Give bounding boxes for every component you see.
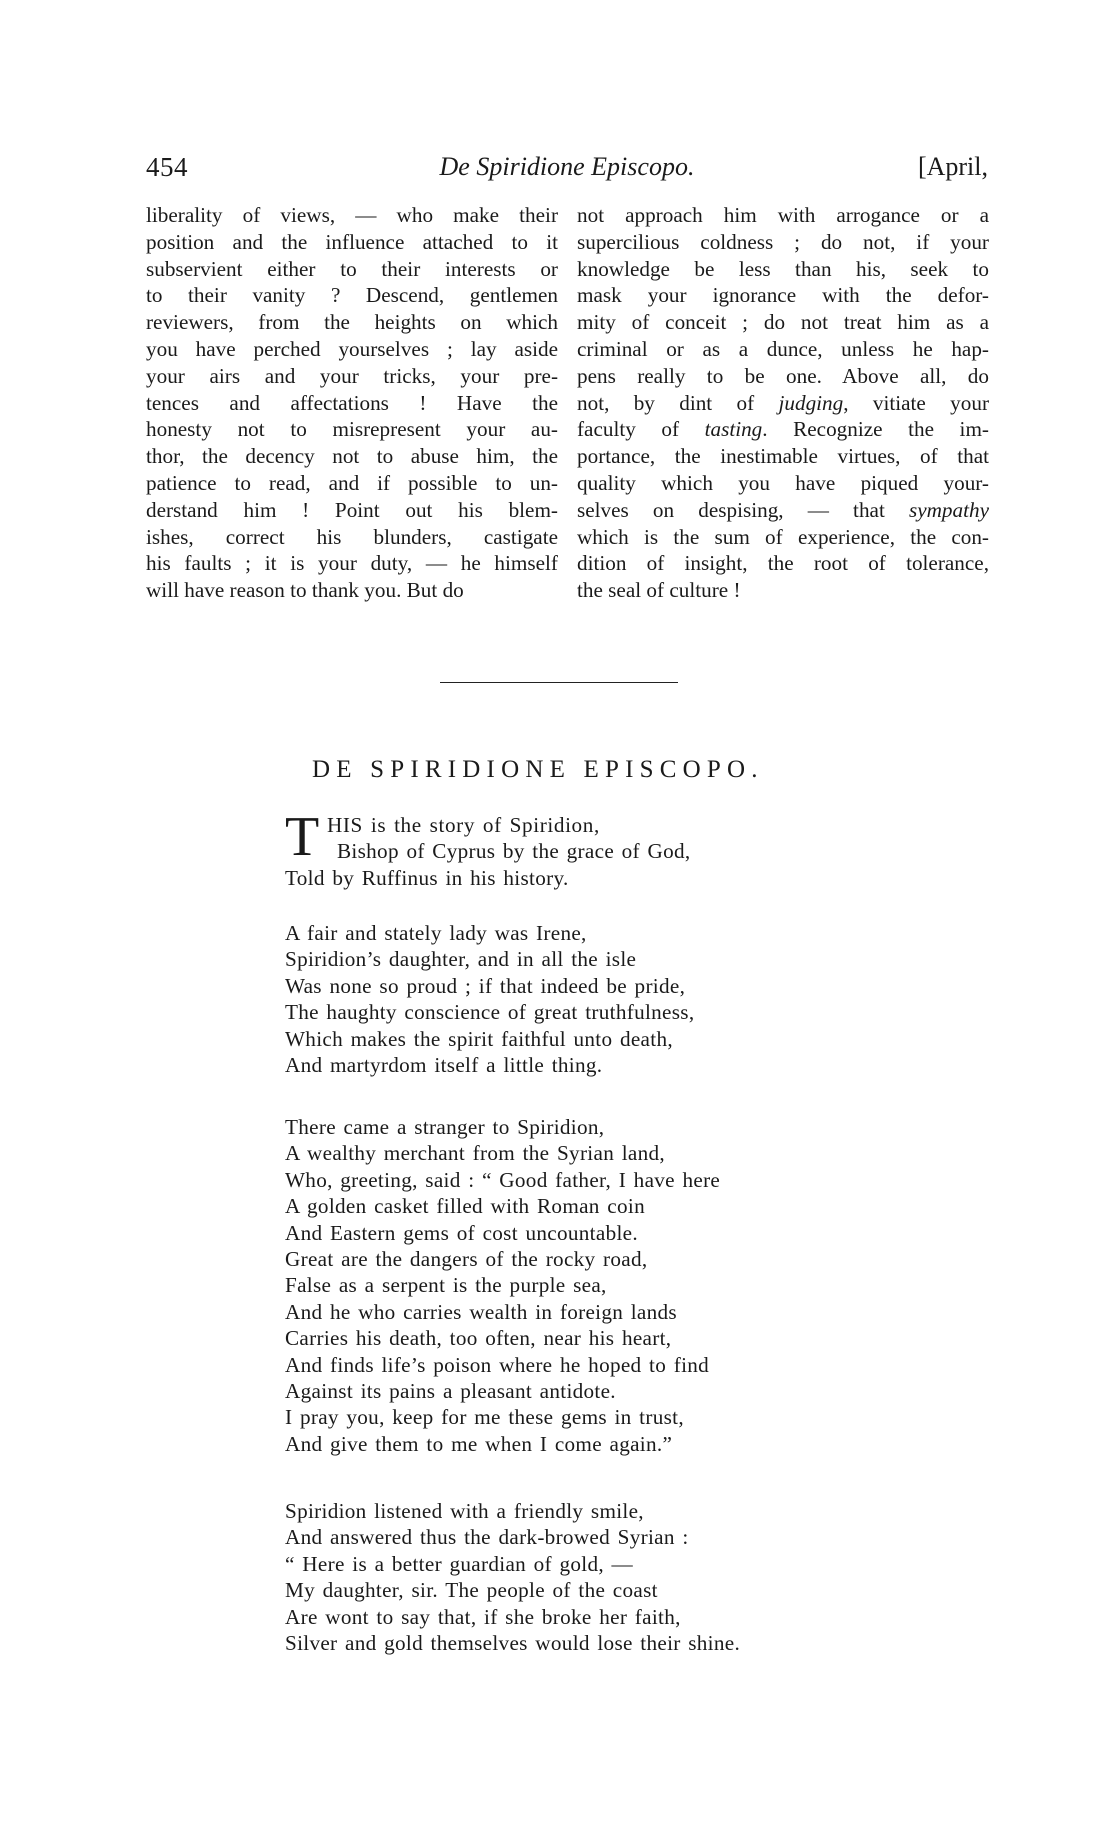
italic-word: sympathy bbox=[909, 498, 989, 522]
prose-line: will have reason to thank you. But do bbox=[146, 577, 558, 604]
prose-right-column: not approach him with arrogance or asupe… bbox=[577, 202, 989, 604]
running-head: 454 De Spiridione Episcopo. [April, bbox=[146, 152, 988, 186]
prose-line: selves on despising, — that sympathy bbox=[577, 497, 989, 524]
poem-line: And give them to me when I come again.” bbox=[285, 1431, 720, 1457]
poem-stanza: A fair and stately lady was Irene,Spirid… bbox=[285, 920, 694, 1078]
italic-word: tasting bbox=[705, 417, 763, 441]
prose-line: his faults ; it is your duty, — he himse… bbox=[146, 550, 558, 577]
poem-line: Was none so proud ; if that indeed be pr… bbox=[285, 973, 694, 999]
poem-stanza: There came a stranger to Spiridion,A wea… bbox=[285, 1114, 720, 1457]
prose-line: supercilious coldness ; do not, if your bbox=[577, 229, 989, 256]
poem-stanza: THIS is the story of Spiridion,Bishop of… bbox=[285, 812, 690, 891]
poem-line: Spiridion listened with a friendly smile… bbox=[285, 1498, 740, 1524]
prose-line: thor, the decency not to abuse him, the bbox=[146, 443, 558, 470]
running-title: De Spiridione Episcopo. bbox=[146, 152, 988, 182]
prose-line: the seal of culture ! bbox=[577, 577, 989, 604]
drop-cap: T bbox=[285, 814, 319, 860]
prose-line: not, by dint of judging, vitiate your bbox=[577, 390, 989, 417]
prose-line: reviewers, from the heights on which bbox=[146, 309, 558, 336]
section-divider bbox=[440, 682, 678, 683]
prose-line: position and the influence attached to i… bbox=[146, 229, 558, 256]
poem-line: And answered thus the dark-browed Syrian… bbox=[285, 1524, 740, 1550]
prose-line: liberality of views, — who make their bbox=[146, 202, 558, 229]
poem-line: And he who carries wealth in foreign lan… bbox=[285, 1299, 720, 1325]
poem-line: My daughter, sir. The people of the coas… bbox=[285, 1577, 740, 1603]
running-month: [April, bbox=[918, 152, 988, 182]
poem-line: I pray you, keep for me these gems in tr… bbox=[285, 1404, 720, 1430]
prose-line: knowledge be less than his, seek to bbox=[577, 256, 989, 283]
prose-line: pens really to be one. Above all, do bbox=[577, 363, 989, 390]
prose-line: ishes, correct his blunders, castigate bbox=[146, 524, 558, 551]
prose-line: quality which you have piqued your- bbox=[577, 470, 989, 497]
poem-stanza: Spiridion listened with a friendly smile… bbox=[285, 1498, 740, 1656]
book-page: 454 De Spiridione Episcopo. [April, libe… bbox=[0, 0, 1120, 1837]
prose-line: dition of insight, the root of tolerance… bbox=[577, 550, 989, 577]
prose-line: to their vanity ? Descend, gentlemen bbox=[146, 282, 558, 309]
prose-line: criminal or as a dunce, unless he hap- bbox=[577, 336, 989, 363]
prose-left-column: liberality of views, — who make theirpos… bbox=[146, 202, 558, 604]
prose-line: not approach him with arrogance or a bbox=[577, 202, 989, 229]
poem-line: A fair and stately lady was Irene, bbox=[285, 920, 694, 946]
prose-line: you have perched yourselves ; lay aside bbox=[146, 336, 558, 363]
poem-line: There came a stranger to Spiridion, bbox=[285, 1114, 720, 1140]
prose-line: subservient either to their interests or bbox=[146, 256, 558, 283]
poem-line: Told by Ruffinus in his history. bbox=[285, 865, 690, 891]
prose-line: derstand him ! Point out his blem- bbox=[146, 497, 558, 524]
poem-line: And Eastern gems of cost uncountable. bbox=[285, 1220, 720, 1246]
poem-line: A wealthy merchant from the Syrian land, bbox=[285, 1140, 720, 1166]
poem-line: Are wont to say that, if she broke her f… bbox=[285, 1604, 740, 1630]
poem-line: And martyrdom itself a little thing. bbox=[285, 1052, 694, 1078]
poem-line: A golden casket filled with Roman coin bbox=[285, 1193, 720, 1219]
prose-line: portance, the inestimable virtues, of th… bbox=[577, 443, 989, 470]
prose-line: mask your ignorance with the defor- bbox=[577, 282, 989, 309]
poem-line: Spiridion’s daughter, and in all the isl… bbox=[285, 946, 694, 972]
poem-line: Which makes the spirit faithful unto dea… bbox=[285, 1026, 694, 1052]
poem-line: Against its pains a pleasant antidote. bbox=[285, 1378, 720, 1404]
prose-line: which is the sum of experience, the con- bbox=[577, 524, 989, 551]
poem-line: And finds life’s poison where he hoped t… bbox=[285, 1352, 720, 1378]
prose-line: honesty not to misrepresent your au- bbox=[146, 416, 558, 443]
prose-line: faculty of tasting. Recognize the im- bbox=[577, 416, 989, 443]
prose-line: patience to read, and if possible to un- bbox=[146, 470, 558, 497]
prose-line: your airs and your tricks, your pre- bbox=[146, 363, 558, 390]
prose-line: tences and affectations ! Have the bbox=[146, 390, 558, 417]
poem-line: Carries his death, too often, near his h… bbox=[285, 1325, 720, 1351]
poem-line: False as a serpent is the purple sea, bbox=[285, 1272, 720, 1298]
poem-line: Bishop of Cyprus by the grace of God, bbox=[285, 838, 690, 864]
prose-line: mity of conceit ; do not treat him as a bbox=[577, 309, 989, 336]
poem-title: DE SPIRIDIONE EPISCOPO. bbox=[312, 756, 764, 784]
poem-line: “ Here is a better guardian of gold, — bbox=[285, 1551, 740, 1577]
poem-line: HIS is the story of Spiridion, bbox=[285, 812, 690, 838]
poem-line: Great are the dangers of the rocky road, bbox=[285, 1246, 720, 1272]
poem-line: Silver and gold themselves would lose th… bbox=[285, 1630, 740, 1656]
poem-line: Who, greeting, said : “ Good father, I h… bbox=[285, 1167, 720, 1193]
italic-word: judging bbox=[779, 391, 844, 415]
poem-line: The haughty conscience of great truthful… bbox=[285, 999, 694, 1025]
